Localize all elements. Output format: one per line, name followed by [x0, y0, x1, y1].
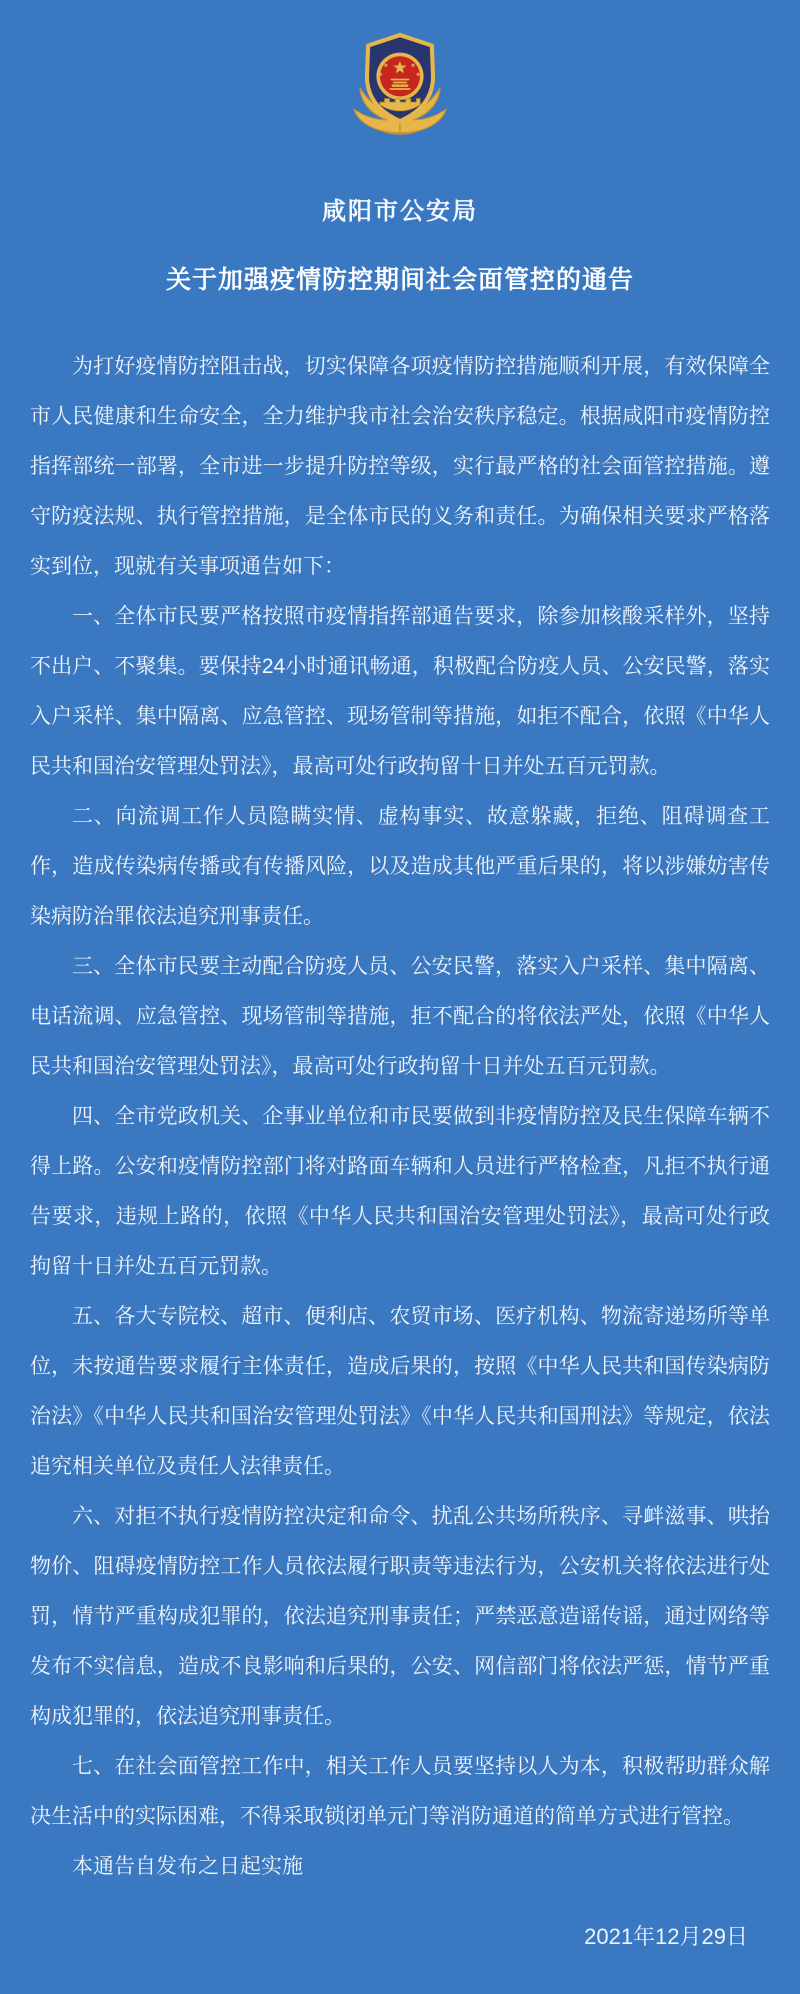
paragraph-closing: 本通告自发布之日起实施 — [30, 1842, 770, 1892]
organization-name: 咸阳市公安局 — [0, 191, 800, 226]
notice-body: 为打好疫情防控阻击战，切实保障各项疫情防控措施顺利开展，有效保障全市人民健康和生… — [30, 342, 770, 1892]
notice-title: 关于加强疫情防控期间社会面管控的通告 — [0, 260, 800, 296]
issue-date: 2021年12月29日 — [584, 1920, 748, 1951]
paragraph-item-5: 五、各大专院校、超市、便利店、农贸市场、医疗机构、物流寄递场所等单位，未按通告要… — [30, 1292, 770, 1492]
police-badge-icon — [341, 22, 459, 145]
notice-page: 咸阳市公安局 关于加强疫情防控期间社会面管控的通告 为打好疫情防控阻击战，切实保… — [0, 0, 800, 1994]
paragraph-item-7: 七、在社会面管控工作中，相关工作人员要坚持以人为本，积极帮助群众解决生活中的实际… — [30, 1742, 770, 1842]
emblem-container — [0, 0, 800, 145]
paragraph-item-2: 二、向流调工作人员隐瞒实情、虚构事实、故意躲藏，拒绝、阻碍调查工作，造成传染病传… — [30, 792, 770, 942]
paragraph-item-6: 六、对拒不执行疫情防控决定和命令、扰乱公共场所秩序、寻衅滋事、哄抬物价、阻碍疫情… — [30, 1492, 770, 1742]
paragraph-item-1: 一、全体市民要严格按照市疫情指挥部通告要求，除参加核酸采样外，坚持不出户、不聚集… — [30, 592, 770, 792]
paragraph-intro: 为打好疫情防控阻击战，切实保障各项疫情防控措施顺利开展，有效保障全市人民健康和生… — [30, 342, 770, 592]
paragraph-item-4: 四、全市党政机关、企事业单位和市民要做到非疫情防控及民生保障车辆不得上路。公安和… — [30, 1092, 770, 1292]
paragraph-item-3: 三、全体市民要主动配合防疫人员、公安民警，落实入户采样、集中隔离、电话流调、应急… — [30, 942, 770, 1092]
